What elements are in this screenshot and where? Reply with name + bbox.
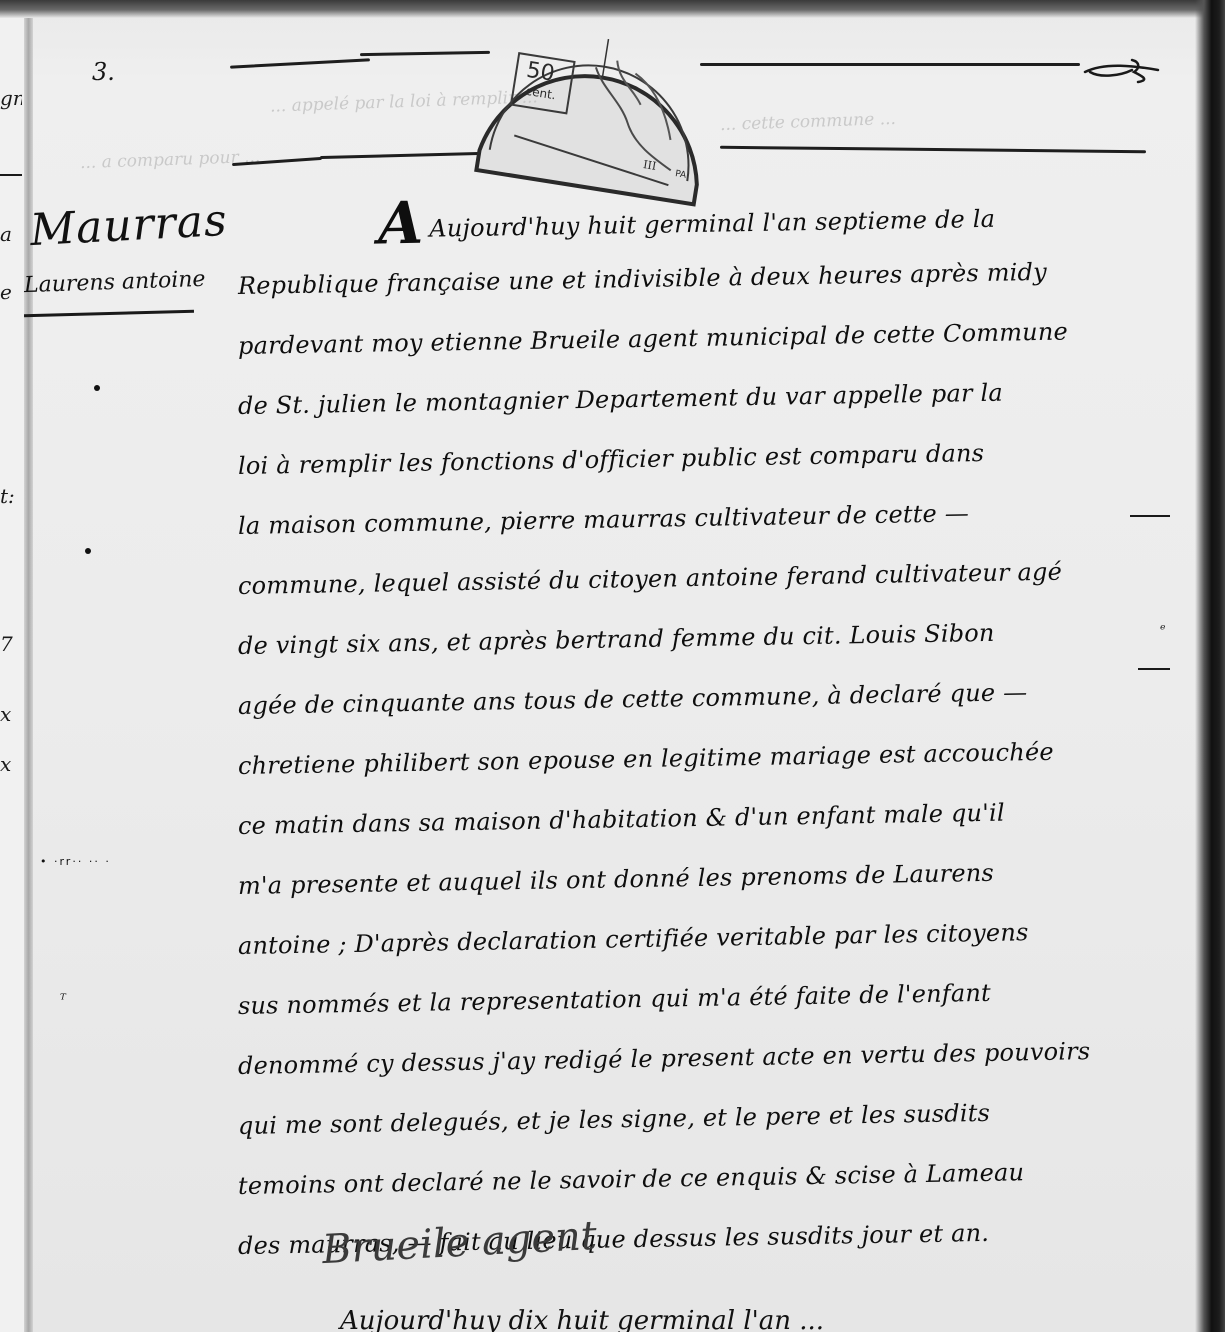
drop-cap: A [377,189,423,258]
left-page-fragment: a [0,222,22,246]
line-filler-dash [1138,668,1170,670]
header-rule [720,146,1146,153]
flourish-icon [1080,50,1170,90]
book-binding-edge [1195,0,1225,1332]
margin-marks: • ·rr·· ·· · [40,855,111,868]
act-body: AAujourd'huy huit germinal l'an septieme… [238,196,1173,1276]
margin-given-names: Laurens antoine [24,267,206,298]
margin-tick: ᵀ [60,992,66,1008]
left-page-fragment: t: [0,484,22,508]
bleed-through-text: ... cette commune ... [720,109,896,135]
stamp-code: PA [674,169,686,181]
act-number: 3. [92,58,115,86]
header-rule [360,51,490,56]
left-page-fragment: gne [0,86,22,110]
margin-surname: Maurras [29,195,229,256]
margin-note: ᵉ [1160,622,1165,638]
left-page-fragment: 7 [0,632,22,656]
header-rule [700,63,1080,66]
previous-page-strip [0,18,24,1332]
next-entry-start: Aujourd'huy dix huit germinal l'an ... [340,1306,824,1332]
left-page-fragment: x [0,752,22,776]
line-filler-dash [1130,515,1170,517]
stamp-seal-icon [467,21,725,216]
left-page-fragment: x [0,702,22,726]
tax-stamp: 50. cent. III PA [467,21,725,216]
header-rule [320,152,480,159]
margin-dot [85,548,91,554]
header-rule [230,58,370,68]
stamp-value: 50. cent. [522,61,563,106]
scanned-register-page: gne a e t: 7 x x ... appelé par la loi à… [0,0,1225,1332]
bleed-through-text: ... a comparu pour ... [80,147,261,173]
page-top-edge [0,0,1225,18]
margin-dot [94,385,100,391]
left-page-rule [0,174,22,176]
stamp-roman-numeral: III [642,158,657,173]
margin-underline [24,310,194,317]
left-page-fragment: e [0,280,22,304]
